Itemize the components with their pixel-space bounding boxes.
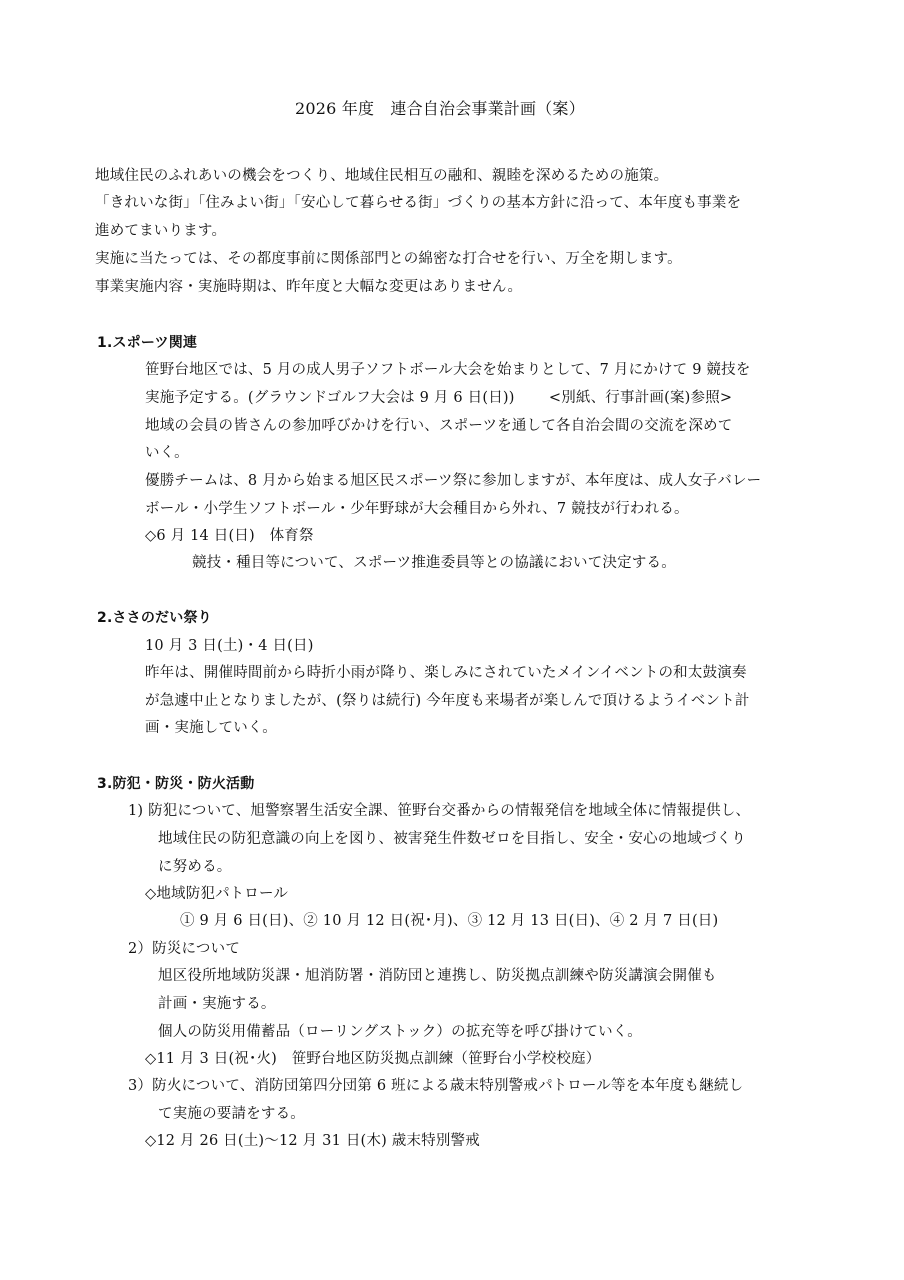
section-line: 笹野台地区では、5 月の成人男子ソフトボール大会を始まりとして、7 月にかけて … — [145, 360, 751, 380]
intro-line: 進めてまいります。 — [95, 221, 226, 241]
section-line: 優勝チームは、8 月から始まる旭区民スポーツ祭に参加しますが、本年度は、成人女子… — [145, 471, 761, 491]
event-date-line: 10 月 3 日(土)・4 日(日) — [145, 636, 314, 656]
document-title: 2026 年度 連合自治会事業計画（案） — [295, 99, 585, 119]
section-line: 2）防災について — [128, 939, 240, 959]
section-line: に努める。 — [158, 857, 232, 877]
intro-line: 「きれいな街」「住みよい街」「安心して暮らせる街」づくりの基本方針に沿って、本年… — [95, 193, 741, 213]
section-line: 1) 防犯について、旭警察署生活安全課、笹野台交番からの情報発信を地域全体に情報… — [128, 801, 750, 821]
event-date-line: ◇11 月 3 日(祝･火) 笹野台地区防災拠点訓練（笹野台小学校校庭） — [145, 1049, 600, 1069]
section-line: 個人の防災用備蓄品（ローリングストック）の拡充等を呼び掛けていく。 — [158, 1022, 642, 1042]
section-line: ボール・小学生ソフトボール・少年野球が大会種目から外れ、7 競技が行われる。 — [145, 499, 689, 519]
section-line: 実施予定する。(グラウンドゴルフ大会は 9 月 6 日(日)) <別紙、行事計画… — [145, 388, 732, 408]
event-date-line: ◇6 月 14 日(日) 体育祭 — [145, 526, 314, 546]
intro-line: 事業実施内容・実施時期は、昨年度と大幅な変更はありません。 — [95, 277, 522, 297]
section-line: 画・実施していく。 — [145, 718, 277, 738]
section-line: 地域の会員の皆さんの参加呼びかけを行い、スポーツを通して各自治会間の交流を深めて — [145, 416, 732, 436]
intro-line: 実施に当たっては、その都度事前に関係部門との綿密な打合せを行い、万全を期します。 — [95, 249, 682, 269]
section-line: 旭区役所地域防災課・旭消防署・消防団と連携し、防災拠点訓練や防災講演会開催も — [158, 966, 717, 986]
intro-line: 地域住民のふれあいの機会をつくり、地域住民相互の融和、親睦を深めるための施策。 — [95, 166, 668, 186]
section-line: が急遽中止となりましたが、(祭りは続行) 今年度も来場者が楽しんで頂けるようイベ… — [145, 691, 750, 711]
section-heading: 3.防犯・防災・防火活動 — [97, 774, 254, 794]
section-line: いく。 — [145, 443, 189, 463]
event-date-line: ① 9 月 6 日(日)、② 10 月 12 日(祝･月)、③ 12 月 13 … — [180, 911, 718, 931]
section-heading: 2.ささのだい祭り — [97, 608, 212, 628]
section-line: 競技・種目等について、スポーツ推進委員等との協議において決定する。 — [192, 553, 676, 573]
event-date-line: ◇12 月 26 日(土)〜12 月 31 日(木) 歳末特別警戒 — [145, 1131, 480, 1151]
event-title-line: ◇地域防犯パトロール — [145, 884, 288, 904]
section-heading: 1.スポーツ関連 — [97, 333, 197, 353]
section-line: 計画・実施する。 — [158, 994, 276, 1014]
section-line: て実施の要請をする。 — [158, 1104, 305, 1124]
section-line: 昨年は、開催時間前から時折小雨が降り、楽しみにされていたメインイベントの和太鼓演… — [145, 663, 747, 683]
section-line: 3）防火について、消防団第四分団第 6 班による歳末特別警戒パトロール等を本年度… — [128, 1076, 743, 1096]
section-line: 地域住民の防犯意識の向上を図り、被害発生件数ゼロを目指し、安全・安心の地域づくり — [158, 829, 746, 849]
